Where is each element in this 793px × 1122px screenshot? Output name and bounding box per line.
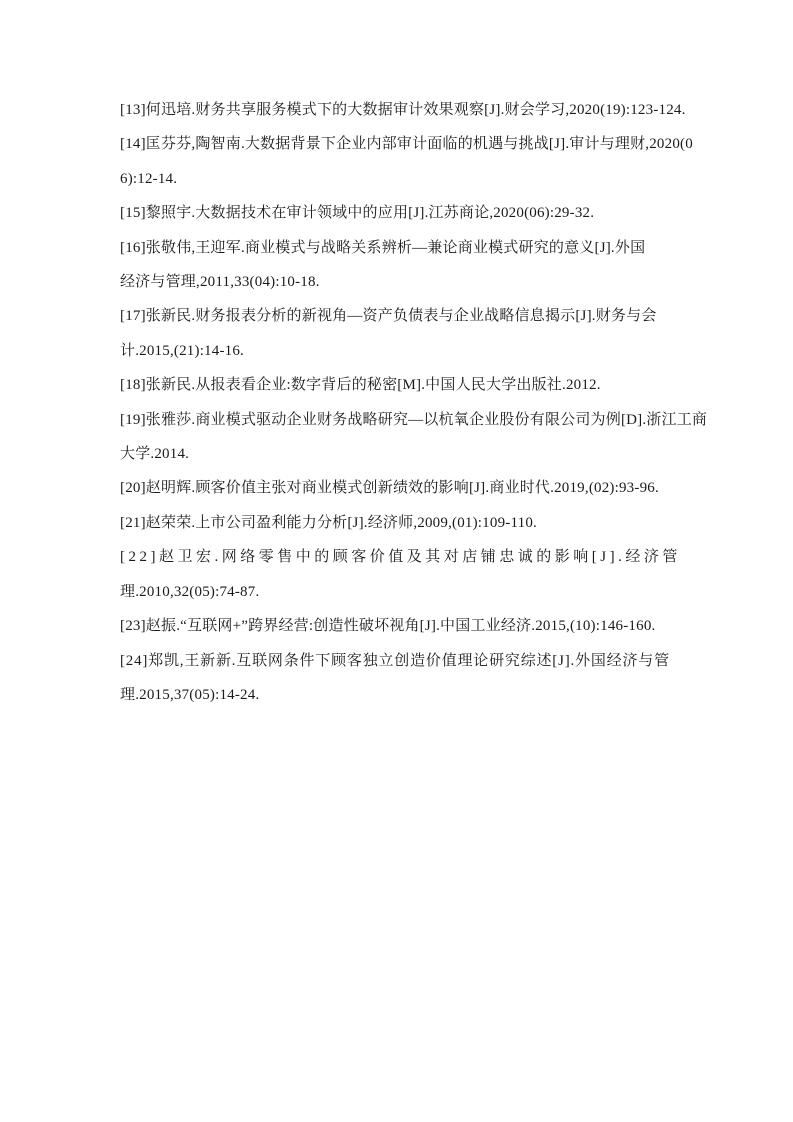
reference-line: [23]赵振.“互联网+”跨界经营:创造性破坏视角[J].中国工业经济.2015…: [120, 609, 720, 643]
reference-item: [18]张新民.从报表看企业:数字背后的秘密[M].中国人民大学出版社.2012…: [120, 368, 720, 402]
reference-line: [15]黎照宇.大数据技术在审计领域中的应用[J].江苏商论,2020(06):…: [120, 196, 720, 230]
reference-line: [17]张新民.财务报表分析的新视角—资产负债表与企业战略信息揭示[J].财务与…: [120, 299, 720, 333]
reference-item: [19]张雅莎.商业模式驱动企业财务战略研究—以杭氧企业股份有限公司为例[D].…: [120, 403, 720, 472]
references-list: [13]何迅培.财务共享服务模式下的大数据审计效果观察[J].财会学习,2020…: [120, 93, 720, 712]
reference-line: [16]张敬伟,王迎军.商业模式与战略关系辨析—兼论商业模式研究的意义[J].外…: [120, 231, 720, 265]
reference-line: [22]赵卫宏.网络零售中的顾客价值及其对店铺忠诚的影响[J].经济管: [120, 540, 720, 574]
reference-line: [24]郑凯,王新新.互联网条件下顾客独立创造价值理论研究综述[J].外国经济与…: [120, 644, 720, 678]
reference-item: [13]何迅培.财务共享服务模式下的大数据审计效果观察[J].财会学习,2020…: [120, 93, 720, 127]
reference-item: [24]郑凯,王新新.互联网条件下顾客独立创造价值理论研究综述[J].外国经济与…: [120, 644, 720, 713]
reference-item: [17]张新民.财务报表分析的新视角—资产负债表与企业战略信息揭示[J].财务与…: [120, 299, 720, 368]
reference-line: [21]赵荣荣.上市公司盈利能力分析[J].经济师,2009,(01):109-…: [120, 506, 720, 540]
reference-item: [15]黎照宇.大数据技术在审计领域中的应用[J].江苏商论,2020(06):…: [120, 196, 720, 230]
reference-line: 6):12-14.: [120, 162, 720, 196]
document-page: [13]何迅培.财务共享服务模式下的大数据审计效果观察[J].财会学习,2020…: [0, 0, 793, 1122]
reference-item: [14]匡芬芬,陶智南.大数据背景下企业内部审计面临的机遇与挑战[J].审计与理…: [120, 127, 720, 196]
reference-line: 理.2015,37(05):14-24.: [120, 678, 720, 712]
reference-item: [22]赵卫宏.网络零售中的顾客价值及其对店铺忠诚的影响[J].经济管理.201…: [120, 540, 720, 609]
reference-line: [18]张新民.从报表看企业:数字背后的秘密[M].中国人民大学出版社.2012…: [120, 368, 720, 402]
reference-line: 经济与管理,2011,33(04):10-18.: [120, 265, 720, 299]
reference-line: [13]何迅培.财务共享服务模式下的大数据审计效果观察[J].财会学习,2020…: [120, 93, 720, 127]
reference-item: [20]赵明辉.顾客价值主张对商业模式创新绩效的影响[J].商业时代.2019,…: [120, 471, 720, 505]
reference-item: [23]赵振.“互联网+”跨界经营:创造性破坏视角[J].中国工业经济.2015…: [120, 609, 720, 643]
reference-line: 理.2010,32(05):74-87.: [120, 575, 720, 609]
reference-item: [21]赵荣荣.上市公司盈利能力分析[J].经济师,2009,(01):109-…: [120, 506, 720, 540]
reference-line: 计.2015,(21):14-16.: [120, 334, 720, 368]
reference-item: [16]张敬伟,王迎军.商业模式与战略关系辨析—兼论商业模式研究的意义[J].外…: [120, 231, 720, 300]
reference-line: [19]张雅莎.商业模式驱动企业财务战略研究—以杭氧企业股份有限公司为例[D].…: [120, 403, 720, 437]
reference-line: [20]赵明辉.顾客价值主张对商业模式创新绩效的影响[J].商业时代.2019,…: [120, 471, 720, 505]
reference-line: 大学.2014.: [120, 437, 720, 471]
reference-line: [14]匡芬芬,陶智南.大数据背景下企业内部审计面临的机遇与挑战[J].审计与理…: [120, 127, 720, 161]
